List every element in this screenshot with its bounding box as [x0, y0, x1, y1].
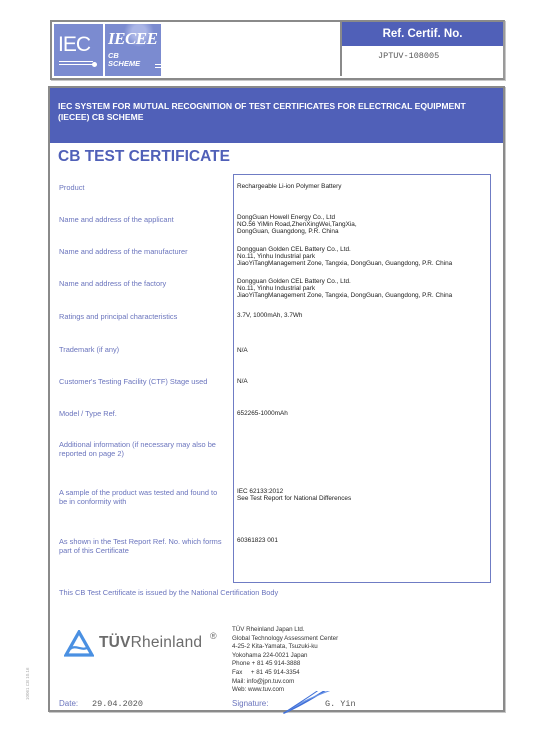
- field-value-applicant: DongGuan Howell Energy Co., Ltd NO.56 Yi…: [237, 215, 489, 235]
- banner-line-1: IEC SYSTEM FOR MUTUAL RECOGNITION OF TES…: [58, 101, 498, 112]
- field-label-factory: Name and address of the factory: [59, 280, 229, 289]
- address-line: Mail: info@jpn.tuv.com: [232, 678, 392, 687]
- address-line: Global Technology Assessment Center: [232, 635, 392, 644]
- scheme-banner-text: IEC SYSTEM FOR MUTUAL RECOGNITION OF TES…: [58, 101, 498, 123]
- field-value-product: Rechargeable Li-ion Polymer Battery: [237, 184, 489, 191]
- handwritten-signature: [282, 691, 462, 750]
- field-label-ratings: Ratings and principal characteristics: [59, 313, 229, 322]
- field-label-additional-info: Additional information (if necessary may…: [59, 441, 219, 458]
- address-line: Yokohama 224-0021 Japan: [232, 652, 392, 661]
- tuv-triangle-icon: [64, 630, 94, 658]
- field-label-ctf-stage: Customer's Testing Facility (CTF) Stage …: [59, 378, 229, 387]
- field-label-manufacturer: Name and address of the manufacturer: [59, 248, 229, 257]
- field-label-trademark: Trademark (if any): [59, 346, 229, 355]
- field-value-manufacturer: Dongguan Golden CEL Battery Co., Ltd. No…: [237, 247, 489, 267]
- field-value-model: 652265-1000mAh: [237, 411, 489, 418]
- iecee-cb-scheme-logo: IECEE CB SCHEME: [105, 24, 161, 76]
- registered-mark: ®: [210, 631, 217, 641]
- field-label-model: Model / Type Ref.: [59, 410, 229, 419]
- iecee-logo-lines: [155, 64, 161, 70]
- signature-label: Signature:: [232, 699, 268, 708]
- iecee-logo-title: IECEE: [108, 29, 157, 49]
- field-value-trademark: N/A: [237, 348, 489, 355]
- tuv-rheinland-logo: TÜVRheinland ®: [64, 628, 234, 664]
- field-value-ctf-stage: N/A: [237, 379, 489, 386]
- field-label-product: Product: [59, 184, 229, 193]
- field-value-conformity: IEC 62133:2012 See Test Report for Natio…: [237, 489, 489, 503]
- field-value-ratings: 3.7V, 1000mAh, 3.7Wh: [237, 313, 489, 320]
- certificate-title: CB TEST CERTIFICATE: [58, 148, 230, 166]
- iec-logo-lines: [59, 61, 99, 67]
- field-value-factory: Dongguan Golden CEL Battery Co., Ltd. No…: [237, 279, 489, 299]
- ref-certificate-label: Ref. Certif. No.: [342, 22, 503, 46]
- address-line: Phone + 81 45 914-3888: [232, 660, 392, 669]
- date-label: Date:: [59, 699, 78, 708]
- address-line: 4-25-2 Kita-Yamata, Tsuzuki-ku: [232, 643, 392, 652]
- date-value: 29.04.2020: [92, 699, 143, 709]
- iecee-logo-scheme: SCHEME: [108, 59, 140, 68]
- banner-line-2: (IECEE) CB SCHEME: [58, 112, 498, 123]
- field-label-conformity: A sample of the product was tested and f…: [59, 489, 219, 506]
- ref-certificate-number: JPTUV-108005: [342, 46, 503, 61]
- issued-by-statement: This CB Test Certificate is issued by th…: [59, 588, 278, 597]
- field-value-test-report: 60361823 001: [237, 538, 489, 545]
- header-panel: IEC IECEE CB SCHEME Ref. Certif. No. JPT…: [50, 20, 505, 80]
- form-code: 10061 CB 10.16: [25, 667, 30, 700]
- ncb-address: TÜV Rheinland Japan Ltd. Global Technolo…: [232, 626, 392, 695]
- field-label-applicant: Name and address of the applicant: [59, 216, 229, 225]
- field-label-test-report: As shown in the Test Report Ref. No. whi…: [59, 538, 229, 555]
- address-line: TÜV Rheinland Japan Ltd.: [232, 626, 392, 635]
- iec-logo: IEC: [54, 24, 103, 76]
- ref-certificate-box: Ref. Certif. No. JPTUV-108005: [340, 22, 503, 76]
- signatory-name: G. Yin: [325, 699, 356, 709]
- scheme-banner: IEC SYSTEM FOR MUTUAL RECOGNITION OF TES…: [50, 88, 503, 143]
- iec-logo-text: IEC: [58, 33, 90, 57]
- tuv-logo-wordmark: TÜVRheinland: [99, 634, 202, 652]
- certificate-panel: IEC SYSTEM FOR MUTUAL RECOGNITION OF TES…: [48, 86, 505, 712]
- address-line: Fax + 81 45 914-3354: [232, 669, 392, 678]
